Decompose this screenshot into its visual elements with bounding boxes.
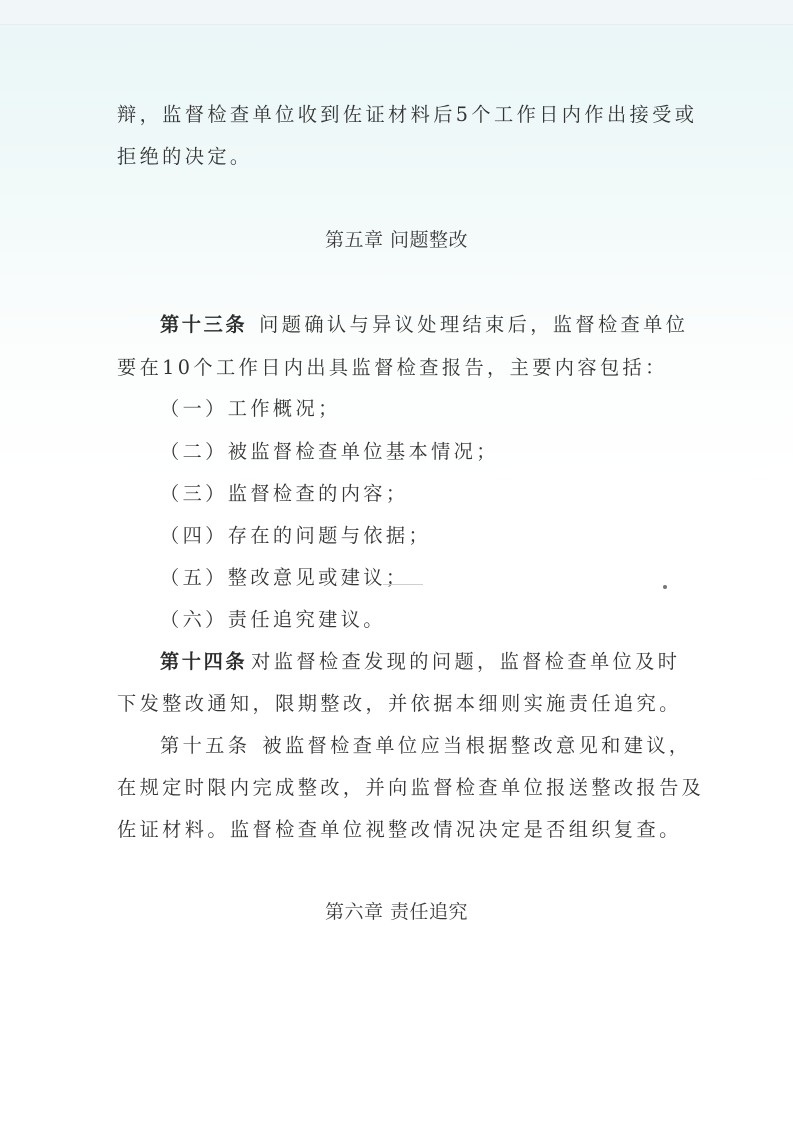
article-13-item-6: （六）责任追究建议。 xyxy=(160,608,730,632)
article-15-line-3: 佐证材料。监督检查单位视整改情况决定是否组织复查。 xyxy=(117,818,687,842)
chapter-5-title: 第五章 问题整改 xyxy=(0,228,793,252)
article-13-item-4: （四）存在的问题与依据； xyxy=(160,524,730,548)
document-page: 辩，监督检查单位收到佐证材料后5个工作日内作出接受或 拒绝的决定。 第五章 问题… xyxy=(0,0,793,1121)
article-15-line-2: 在规定时限内完成整改，并向监督检查单位报送整改报告及 xyxy=(117,776,687,800)
scan-smudge xyxy=(383,584,423,585)
scan-speck xyxy=(663,585,667,589)
article-14-line-2: 下发整改通知，限期整改，并依据本细则实施责任追究。 xyxy=(117,692,687,716)
article-13-item-1: （一）工作概况； xyxy=(160,397,730,421)
scan-speck xyxy=(380,370,383,372)
article-14-line-1: 第十四条对监督检查发现的问题，监督检查单位及时 xyxy=(160,650,730,674)
chapter-6-title: 第六章 责任追究 xyxy=(0,900,793,924)
article-13-line-1: 第十三条问题确认与异议处理结束后，监督检查单位 xyxy=(160,313,730,337)
paragraph-continuation-line-2: 拒绝的决定。 xyxy=(117,145,687,169)
article-14-label: 第十四条 xyxy=(160,650,247,673)
article-15-label: 第十五条 xyxy=(160,734,250,757)
article-13-item-5: （五）整改意见或建议； xyxy=(160,566,730,590)
article-13-item-3: （三）监督检查的内容； xyxy=(160,482,730,506)
article-15-line-1: 第十五条被监督检查单位应当根据整改意见和建议， xyxy=(160,734,730,758)
article-13-item-2: （二）被监督检查单位基本情况； xyxy=(160,440,730,464)
paragraph-continuation-line-1: 辩，监督检查单位收到佐证材料后5个工作日内作出接受或 xyxy=(117,103,687,127)
article-13-label: 第十三条 xyxy=(160,313,247,336)
article-14-text-1: 对监督检查发现的问题，监督检查单位及时 xyxy=(251,650,680,673)
article-13-line-2: 要在10个工作日内出具监督检查报告，主要内容包括： xyxy=(117,356,687,380)
article-13-text-1: 问题确认与异议处理结束后，监督检查单位 xyxy=(259,313,688,336)
article-15-text-1: 被监督检查单位应当根据整改意见和建议， xyxy=(262,734,691,757)
